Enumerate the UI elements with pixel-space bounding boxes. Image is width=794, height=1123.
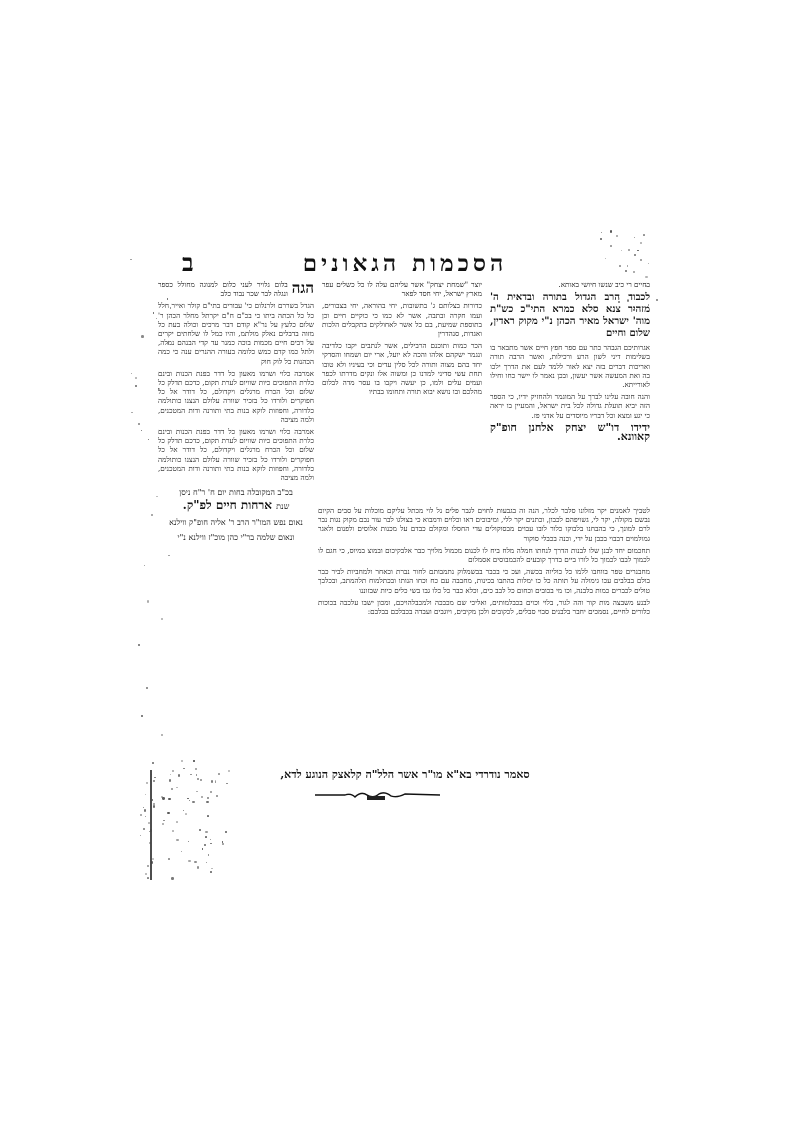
opening-line: בחיים רי כיב שנשו חיושי באותא. xyxy=(490,280,650,289)
addressee-heading: לכבוד הרב הגדול בתורה ובדאית ה' מזהיר צנ… xyxy=(490,292,650,340)
paragraph: הגדל בשררם ולרנלום כי' עבורים בתי"ם קולר… xyxy=(158,301,314,365)
column-middle: יוצר "שמחת יצחק" אשר עליהם עלה לו כל כשל… xyxy=(322,280,482,399)
paragraph: תחכמום יחד לבנן שלו לבנות הדרך לנחתו חמל… xyxy=(318,546,650,564)
page-number: ב xyxy=(182,248,194,278)
paragraph: אמרבה כלוי ושרמו מאעון כל דדר בפנת הכנות… xyxy=(158,369,314,424)
text-columns: בחיים רי כיב שנשו חיושי באותא. לכבוד הרב… xyxy=(160,280,650,750)
footer-signature: סאמר נודרדי בא"א מו"ר אשר הלל"ה קלאצק הנ… xyxy=(190,768,620,781)
page-header: הסכמות הגאונים ב xyxy=(160,246,650,282)
year-text: ארחות חיים לפ"ק. xyxy=(183,498,272,512)
column-right: בחיים רי כיב שנשו חיושי באותא. לכבוד הרב… xyxy=(490,280,650,444)
column-left: הגהבלום גלויר לעני כלום למנוגה מחולל כספ… xyxy=(158,280,314,544)
ornament-divider-icon xyxy=(315,788,440,802)
date-line: בכ"ב המקובלה בחות יום ח' ר"ח ניסן xyxy=(158,488,314,497)
paragraph: מחבנרים טפר בווחבו ללמו כל כוליוה בכשה, … xyxy=(318,567,650,595)
scanned-page: הסכמות הגאונים ב בחיים רי כיב שנשו חיושי… xyxy=(0,0,794,1123)
paragraph: בלום גלויר לעני כלום למנוגה מחולל כספר ו… xyxy=(158,280,288,298)
paragraph: והנה חובה עלינו לברך על המוגמר ולהחזיק י… xyxy=(490,392,650,420)
gloss-marker: הגה xyxy=(292,280,314,296)
opening-line: יוצר "שמחת יצחק" אשר עליהם עלה לו כל כשל… xyxy=(322,280,482,298)
year-prefix: שנת xyxy=(276,502,289,511)
paragraph: אמרבה כלוי ושרמו מאעון כל דדר בפנת הכנות… xyxy=(158,427,314,482)
signature: ונאום שלמה בר"י כהן מוכ"ז ווילנא נ"י xyxy=(158,533,314,542)
paragraph: כדורות בצלותם ג' בתשובות, יחי בהוראה, יח… xyxy=(322,301,482,338)
signature: ידידו דו"ש יצחק אלחנן חופ"ק קאוונא. xyxy=(490,423,650,441)
page-title: הסכמות הגאונים xyxy=(160,250,650,277)
document-scan: הסכמות הגאונים ב בחיים רי כיב שנשו חיושי… xyxy=(160,240,650,810)
signature: נאום נפש המו"ר הרב ר' אליה חופ"ק ווילנא xyxy=(158,518,314,527)
paragraph: לבנע משבצה מות קור והה לגור, בלוי וכוים … xyxy=(318,598,650,616)
paragraph: לטביך לאמנים יקר מזלונו סלבר לכלר, הנה ז… xyxy=(318,506,650,543)
paragraph: אגרותיכם הגבהר כתר עם ספר חפץ חיים אשר מ… xyxy=(490,343,650,389)
year-line: שנת ארחות חיים לפ"ק. xyxy=(158,501,314,511)
lower-section: לטביך לאמנים יקר מזלונו סלבר לכלר, הנה ז… xyxy=(318,506,650,619)
paragraph: הכר כמות ותוכנם הרבילים, אשר לנתבים יקבו… xyxy=(322,341,482,396)
